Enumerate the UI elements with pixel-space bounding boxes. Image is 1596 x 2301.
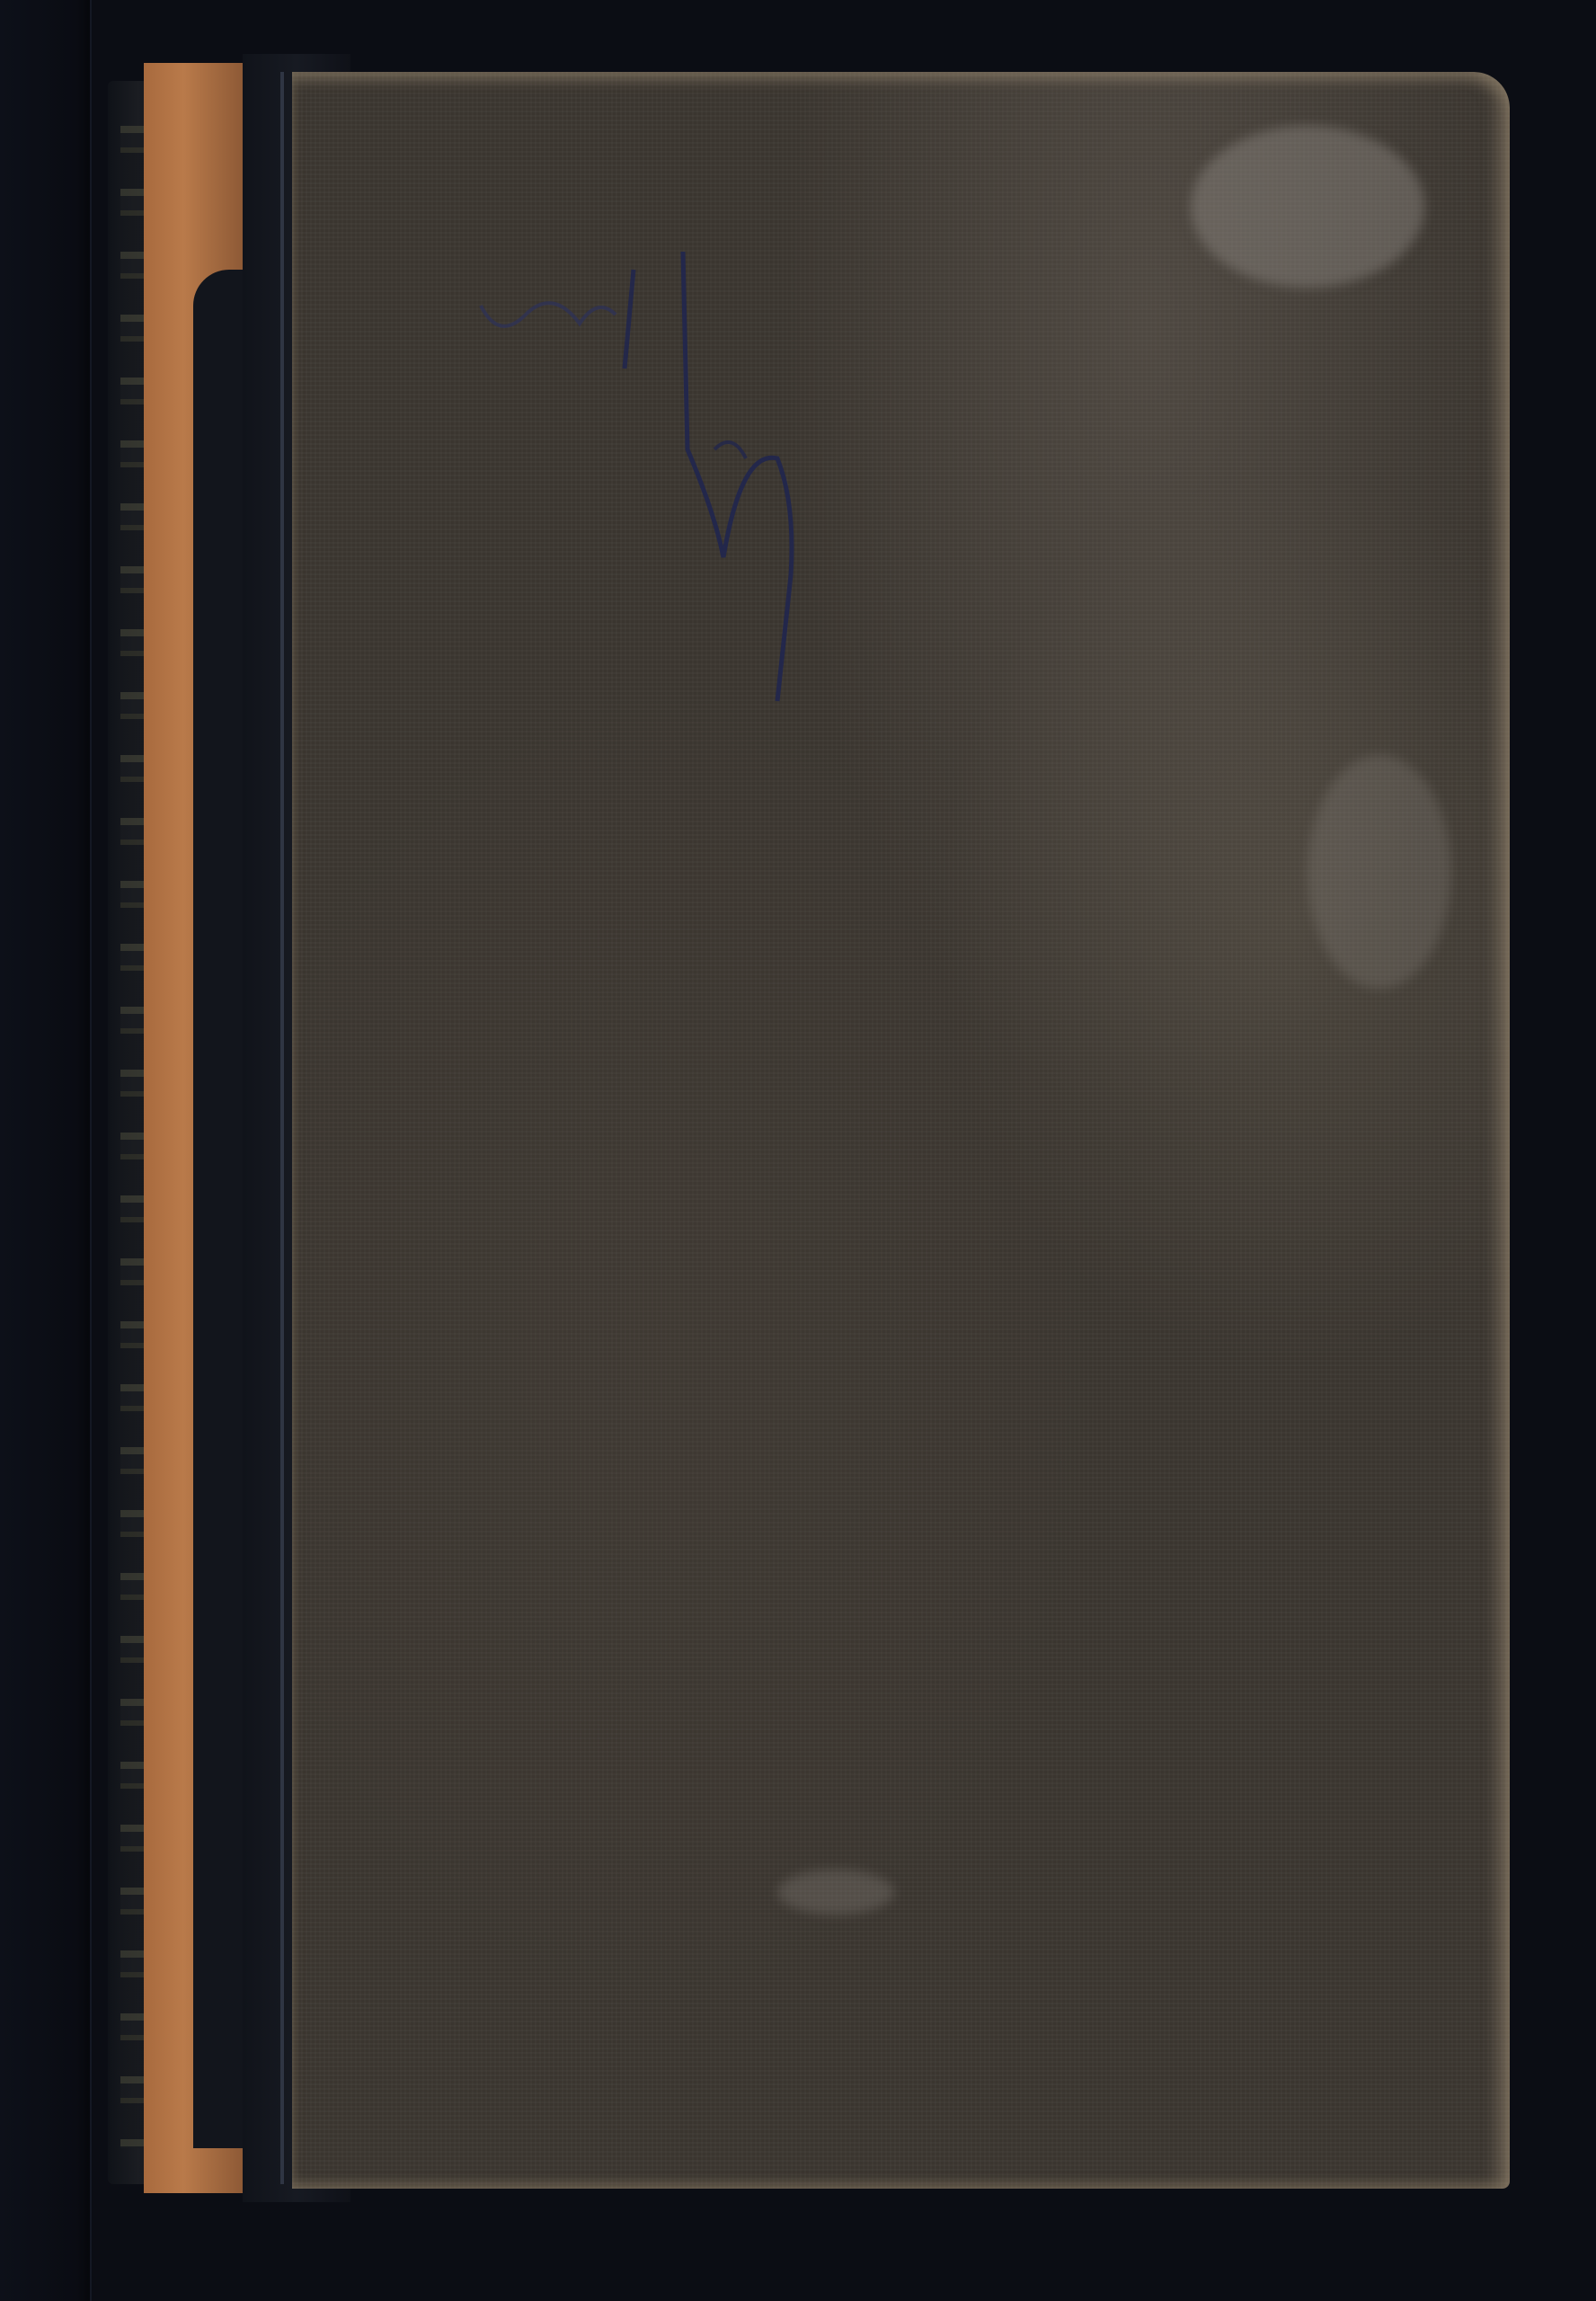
book-cover (292, 72, 1510, 2189)
book (108, 54, 1510, 2202)
handwriting-marks (292, 72, 1510, 2189)
spine-groove-line (280, 72, 284, 2184)
backdrop-panel (0, 0, 92, 2301)
